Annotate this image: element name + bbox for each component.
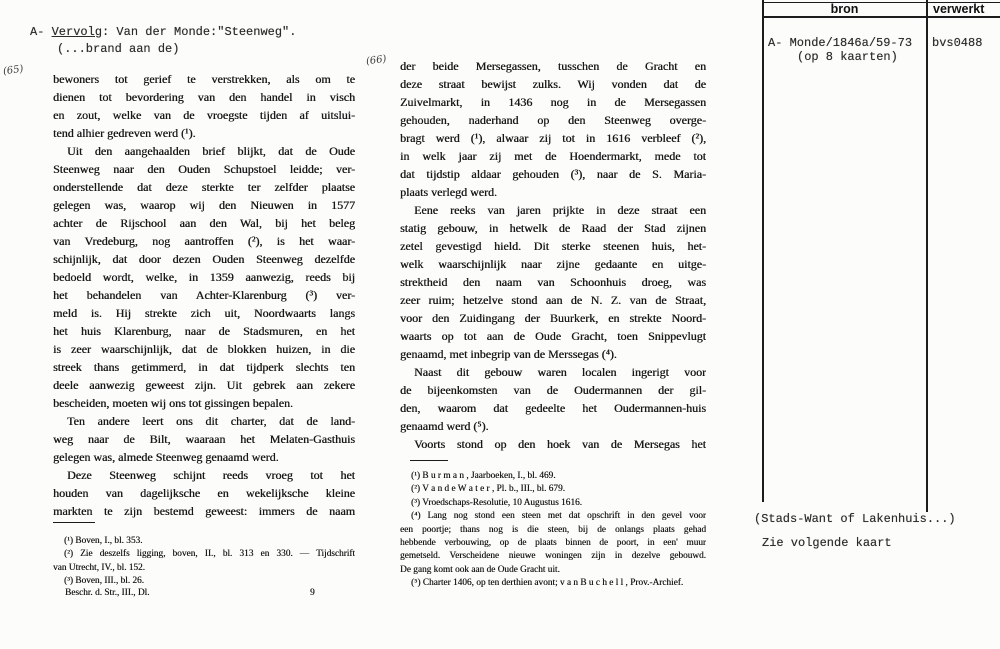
- text-line: en zout, welke van de vroegste tijden af…: [53, 106, 355, 124]
- footnote-rule-right: [410, 460, 448, 461]
- footnotes-right: (¹) B u r m a n , Jaarboeken, I., bl. 46…: [400, 470, 706, 591]
- text-line: gemetseld. Verscheidene nieuwe woningen …: [400, 550, 706, 563]
- text-line: bewoners tot gerief te verstrekken, als …: [53, 70, 355, 88]
- typed-bottom-note-2: Zie volgende kaart: [762, 536, 892, 550]
- text-line: het huis Klarenburg, naar de Stadsmuren,…: [53, 322, 355, 340]
- text-line: (⁴) Lang nog stond een steen met dat ops…: [400, 510, 706, 523]
- text-line: waarts op tot aan de Oude Gracht, toen S…: [400, 327, 706, 345]
- typed-continuation-note: (...brand aan de): [57, 42, 179, 56]
- typed-bottom-note-1: (Stads-Want of Lakenhuis...): [754, 512, 956, 526]
- text-line: (¹) B u r m a n , Jaarboeken, I., bl. 46…: [400, 470, 706, 483]
- text-line: gehouden, naderhand op den Steenweg over…: [400, 111, 706, 129]
- text-line: (¹) Boven, I., bl. 353.: [53, 535, 355, 548]
- table-cell-verwerkt: bvs0488: [932, 36, 982, 50]
- text-line: bescheiden, moeten wij ons tot gissingen…: [53, 394, 355, 412]
- text-line: meld is. Hij strekte zich uit, Noordwaar…: [53, 304, 355, 322]
- text-line: dat tijdstip aldaar gehouden (³), naar d…: [400, 165, 706, 183]
- text-line: streek thans getimmerd, in dat tijdperk …: [53, 358, 355, 376]
- text-line: gelegen was, waarop wij den Nieuwen in 1…: [53, 196, 355, 214]
- text-line: de bijeenkomsten van de Oudermannen der …: [400, 381, 706, 399]
- text-line: (³) Vroedschaps-Resolutie, 10 Augustus 1…: [400, 497, 706, 510]
- text-line: deele aanwezig geweest zijn. Uit gebrek …: [53, 376, 355, 394]
- text-line: markten te zijn bestemd geweest: immers …: [53, 502, 355, 520]
- text-line: (²) Zie deszelfs ligging, boven, II., bl…: [53, 548, 355, 561]
- typed-header-rest: : Van der Monde:"Steenweg".: [102, 25, 296, 39]
- text-line: zeer ruim; hetzelve stond aan de N. Z. v…: [400, 291, 706, 309]
- text-line: dienen tot bevordering van den handel in…: [53, 88, 355, 106]
- text-line: statig gebouw, in hetwelk de Raad der St…: [400, 219, 706, 237]
- handwritten-folio-left: (65): [2, 64, 24, 78]
- text-line: van Utrecht, IV., bl. 152.: [53, 562, 355, 575]
- text-line: der beide Mersegassen, tusschen de Grach…: [400, 57, 706, 75]
- text-line: Uit den aangehaalden brief blijkt, dat d…: [53, 142, 355, 160]
- handwritten-folio-right: (66): [365, 54, 387, 68]
- text-line: Deze Steenweg schijnt reeds vroeg tot he…: [53, 466, 355, 484]
- text-line: tend alhier gedreven werd (¹).: [53, 124, 355, 142]
- footnote-rule-left: [53, 522, 95, 523]
- text-line: hebbende verbouwing, op de plaats binnen…: [400, 537, 706, 550]
- book-column-left: bewoners tot gerief te verstrekken, als …: [53, 70, 355, 520]
- text-line: Eene reeks van jaren prijkte in deze str…: [400, 201, 706, 219]
- text-line: gelegen was, almede Steenweg genaamd wer…: [53, 448, 355, 466]
- text-line: deze straat bewijst zulks. Wij vonden da…: [400, 75, 706, 93]
- book-column-right: der beide Mersegassen, tusschen de Grach…: [400, 57, 706, 453]
- table-cell-bron-line1: A- Monde/1846a/59-73: [768, 36, 912, 50]
- typed-header-prefix: A-: [30, 25, 52, 39]
- table-column-divider: [926, 0, 928, 512]
- printer-signature: Beschr. d. Str., III., Dl.: [65, 588, 149, 598]
- text-line: Voorts stond op den hoek van de Mersegas…: [400, 435, 706, 453]
- table-header-verwerkt: verwerkt: [933, 2, 984, 16]
- table-header-bron: bron: [763, 2, 926, 16]
- text-line: Naast dit gebouw waren localen ingerigt …: [400, 363, 706, 381]
- text-line: bragt werd (¹), alwaar zij tot in 1616 v…: [400, 129, 706, 147]
- text-line: voor den Zuidingang der Buurkerk, en str…: [400, 309, 706, 327]
- text-line: van Vredeburg, nog aantroffen (²), is he…: [53, 232, 355, 250]
- text-line: strektheid den naam van Schoonhuis droeg…: [400, 273, 706, 291]
- page-number: 9: [310, 588, 315, 598]
- typed-header-line: A- Vervolg: Van der Monde:"Steenweg".: [30, 25, 296, 39]
- text-line: (⁵) Charter 1406, op ten derthien avont;…: [400, 577, 706, 590]
- text-line: houden van dagelijksche en wekelijksche …: [53, 484, 355, 502]
- text-line: plaats verlegd werd.: [400, 183, 706, 201]
- text-line: een poortje; thans nog is die steen, bij…: [400, 524, 706, 537]
- text-line: Zuivelmarkt, in 1436 nog in de Mersegass…: [400, 93, 706, 111]
- text-line: het behandelen van Achter-Klarenburg (³)…: [53, 286, 355, 304]
- text-line: genaamd, met inbegrip van de Merssegas (…: [400, 345, 706, 363]
- text-line: welk waarschijnlijk naar zijne gedaante …: [400, 255, 706, 273]
- text-line: De gang komt ook aan de Oude Gracht uit.: [400, 564, 706, 577]
- text-line: in welk jaar zij met de Hoendermarkt, me…: [400, 147, 706, 165]
- text-line: achter de Rijschool aan den Wal, bij het…: [53, 214, 355, 232]
- text-line: (²) V a n d e W a t e r , Pl. b., III., …: [400, 483, 706, 496]
- footnotes-left: (¹) Boven, I., bl. 353.(²) Zie deszelfs …: [53, 535, 355, 589]
- text-line: bedoeld wordt, welke, in 1359 aanwezig, …: [53, 268, 355, 286]
- table-border-left: [762, 0, 764, 502]
- text-line: Steenweg naar den Ouden Schupstoel leidd…: [53, 160, 355, 178]
- table-cell-bron-line2: (op 8 kaarten): [797, 50, 898, 64]
- text-line: (³) Boven, III., bl. 26.: [53, 575, 355, 588]
- scanned-archive-sheet: { "typed": { "header_prefix": "A- ", "he…: [0, 0, 1000, 649]
- text-line: weg naar de Bilt, waaraan het Melaten-Ga…: [53, 430, 355, 448]
- text-line: is zeer waarschijnlijk, dat de blokken h…: [53, 340, 355, 358]
- text-line: schijnlijk, dat door dezen Ouden Steenwe…: [53, 250, 355, 268]
- text-line: zetel gevestigd hield. Dit sterke steene…: [400, 237, 706, 255]
- text-line: onderstellende dat deze sterkte ter zelf…: [53, 178, 355, 196]
- text-line: den, waarom dat gedeelte het Oudermannen…: [400, 399, 706, 417]
- text-line: Ten andere leert ons dit charter, dat de…: [53, 412, 355, 430]
- text-line: genaamd werd (⁵).: [400, 417, 706, 435]
- typed-header-underlined: Vervolg: [52, 25, 102, 39]
